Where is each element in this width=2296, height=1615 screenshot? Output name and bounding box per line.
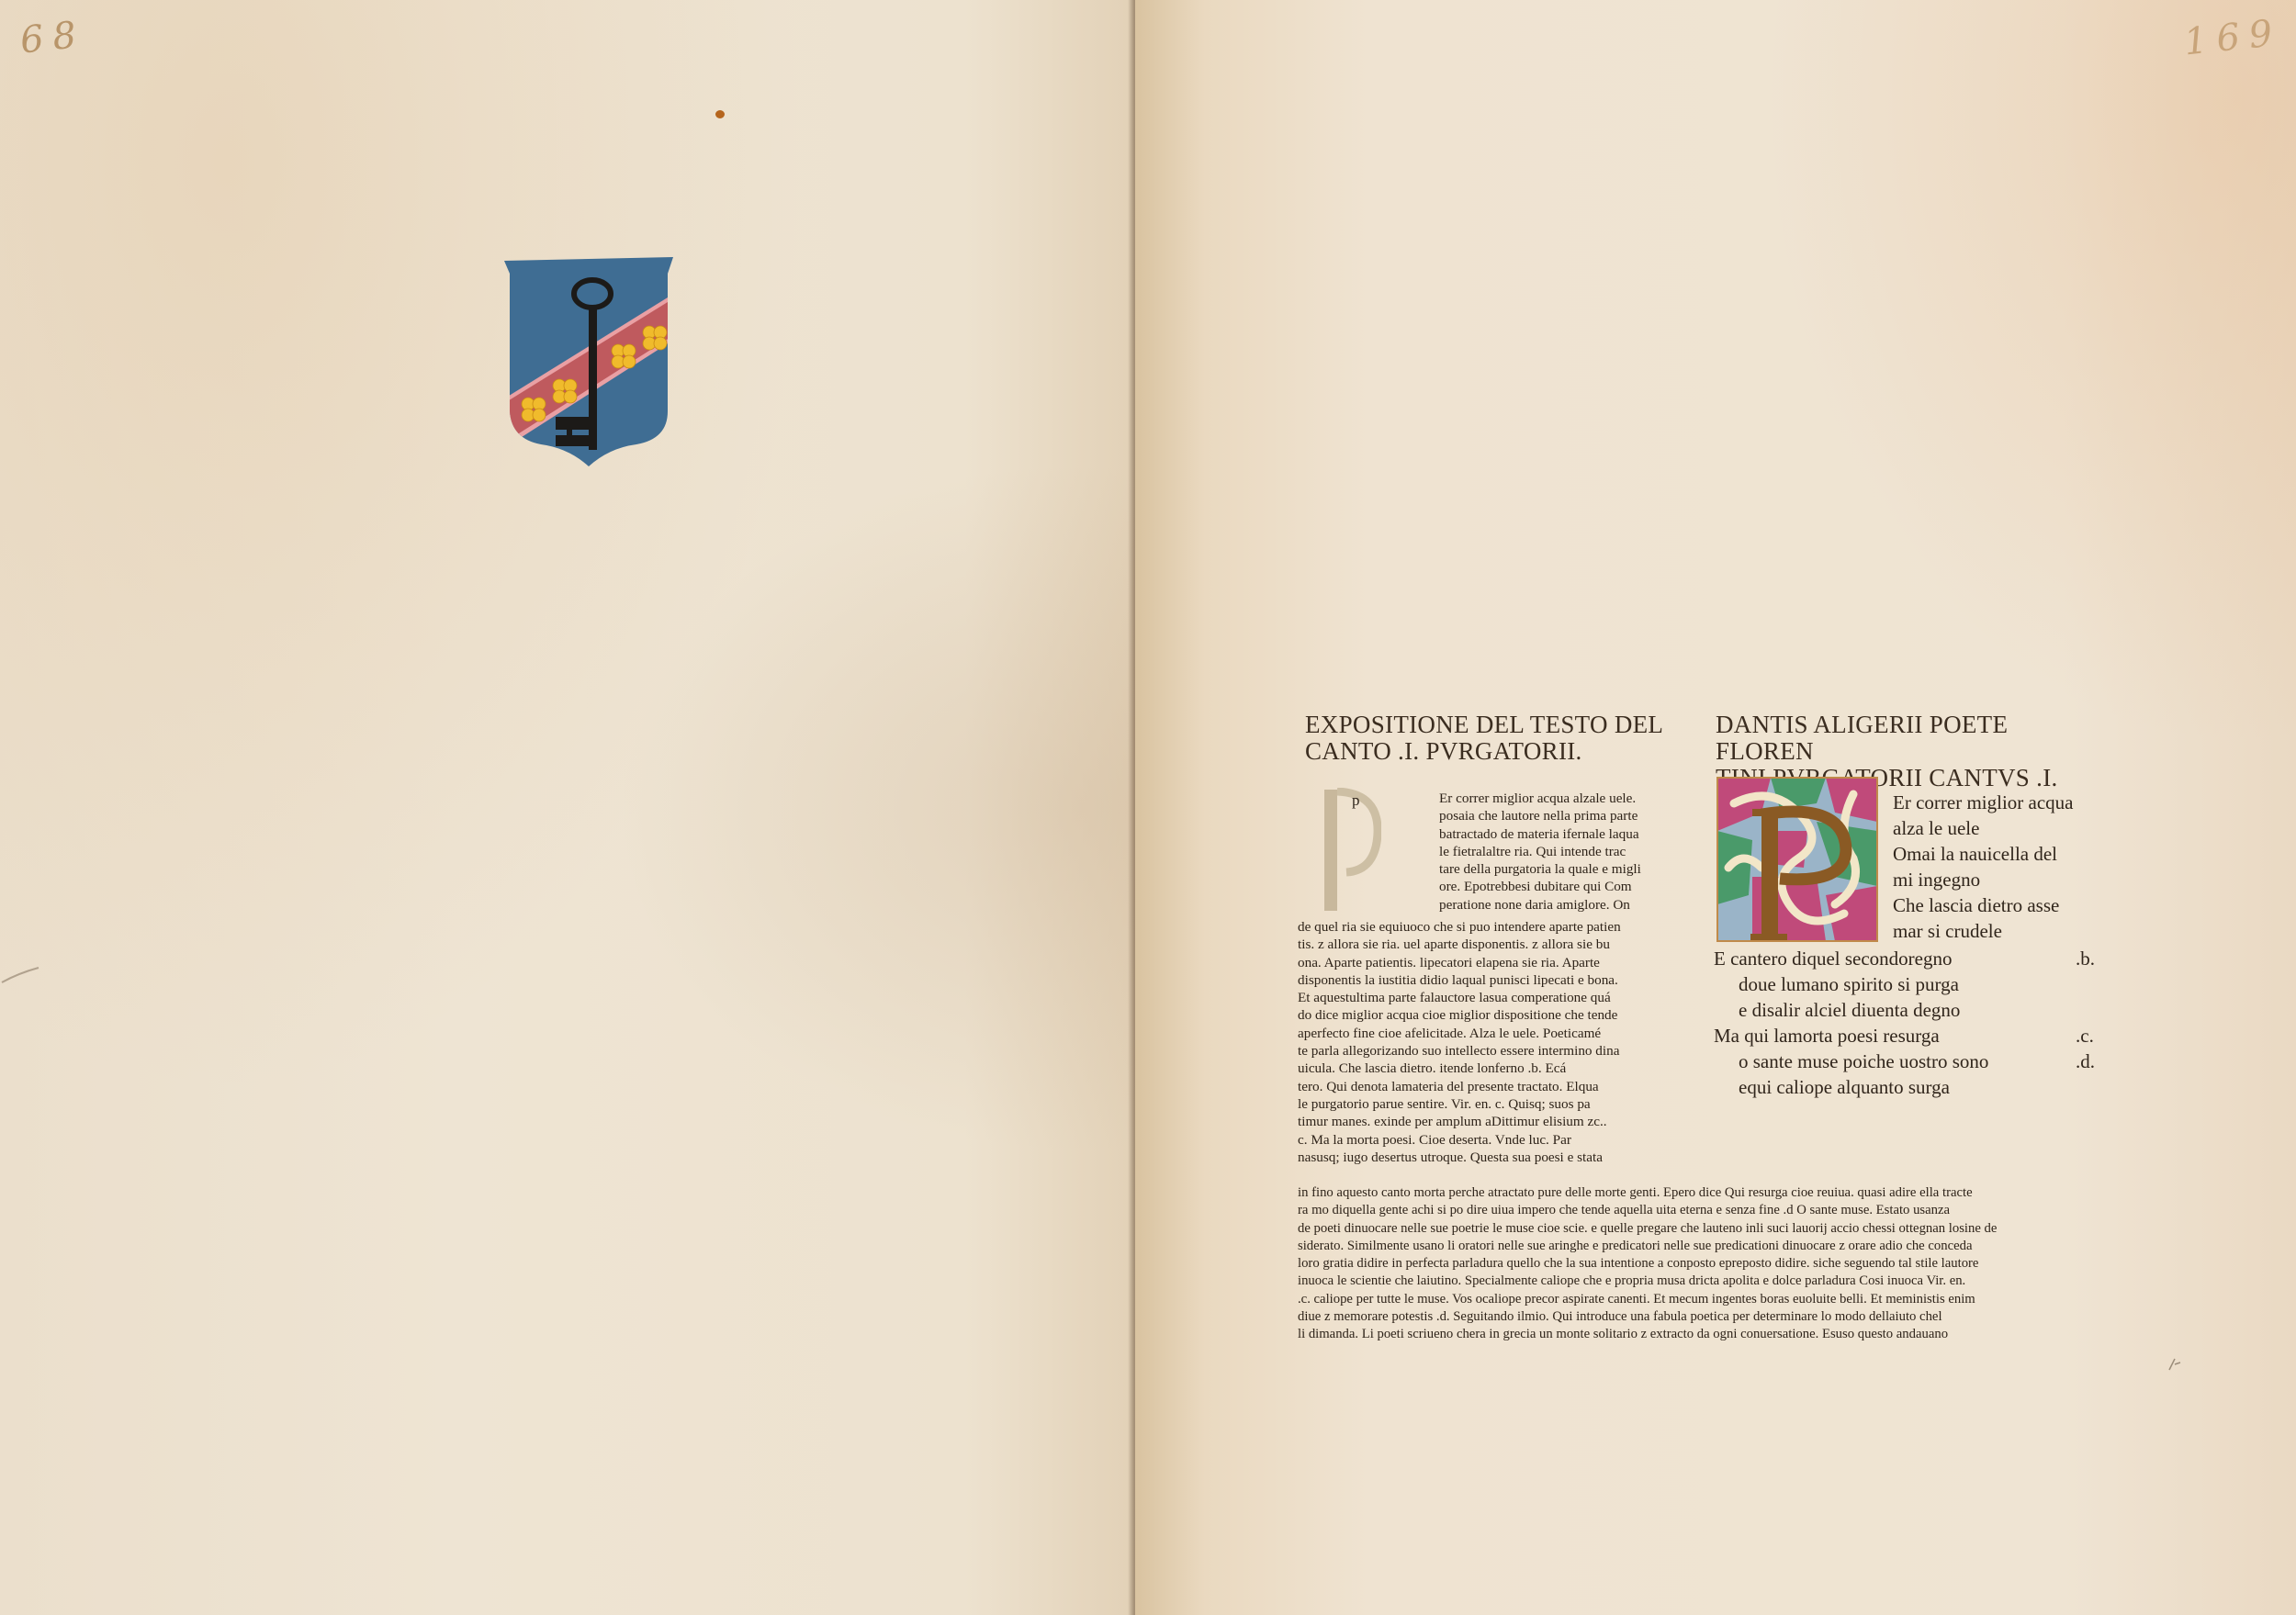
gloss-marker: .c.	[2076, 1023, 2094, 1049]
verse-text: e disalir alciel diuenta degno	[1714, 999, 1960, 1021]
commentary-indented-block: Er correr miglior acqua alzale uele. pos…	[1439, 790, 1641, 914]
text-line: inuoca le scientie che laiutino. Special…	[1298, 1273, 1997, 1290]
text-line: do dice miglior acqua cioe miglior dispo…	[1298, 1006, 1621, 1024]
poem-line: alza le uele	[1893, 815, 2074, 841]
poem-line: E cantero diquel secondoregno .b.	[1714, 946, 2099, 971]
text-line: le purgatorio parue sentire. Vir. en. c.…	[1298, 1095, 1621, 1113]
text-line: te parla allegorizando suo intellecto es…	[1298, 1042, 1621, 1060]
text-line: Er correr miglior acqua alzale uele.	[1439, 790, 1641, 807]
commentary-column-block: de quel ria sie equiuoco che si puo inte…	[1298, 918, 1621, 1166]
poem-stanzas: E cantero diquel secondoregno .b. doue l…	[1714, 946, 2099, 1100]
text-line: ore. Epotrebbesi dubitare qui Com	[1439, 878, 1641, 895]
text-line: batractado de materia ifernale laqua	[1439, 825, 1641, 843]
text-line: tero. Qui denota lamateria del presente …	[1298, 1078, 1621, 1095]
poem-line: equi caliope alquanto surga	[1714, 1074, 2099, 1100]
text-line: nasusq; iugo desertus utroque. Questa su…	[1298, 1149, 1621, 1166]
text-line: tis. z allora sie ria. uel aparte dispon…	[1298, 936, 1621, 953]
text-line: posaia che lautore nella prima parte	[1439, 807, 1641, 824]
verse-text: equi caliope alquanto surga	[1714, 1076, 1950, 1098]
text-line: diue z memorare potestis .d. Seguitando …	[1298, 1308, 1997, 1326]
text-line: disponentis la iustitia didio laqual pun…	[1298, 971, 1621, 989]
poem-line: Omai la nauicella del	[1893, 841, 2074, 867]
text-line: ra mo diquella gente achi si po dire uiu…	[1298, 1202, 1997, 1219]
illuminated-initial-p-icon	[1716, 776, 1879, 943]
book-spread: 68	[0, 0, 2296, 1615]
poem-line: mi ingegno	[1893, 867, 2074, 892]
ink-stain	[715, 110, 725, 118]
drop-cap-p-icon	[1319, 788, 1381, 912]
text-line: de poeti dinuocare nelle sue poetrie le …	[1298, 1220, 1997, 1238]
folio-number-left: 68	[18, 13, 87, 62]
poem-line: Er correr miglior acqua	[1893, 790, 2074, 815]
gloss-marker: .b.	[2076, 946, 2095, 971]
text-line: tare della purgatoria la quale e migli	[1439, 860, 1641, 878]
poem-stanza-opening: Er correr miglior acqua alza le uele Oma…	[1893, 790, 2074, 944]
text-line: loro gratia didire in perfecta parladura…	[1298, 1255, 1997, 1273]
margin-mark	[2166, 1355, 2184, 1374]
text-line: timur manes. exinde per amplum aDittimur…	[1298, 1113, 1621, 1130]
coat-of-arms-shield-icon	[499, 255, 679, 468]
left-page: 68	[0, 0, 1135, 1615]
verse-text: Ma qui lamorta poesi resurga	[1714, 1025, 1940, 1047]
text-line: aperfecto fine cioe afelicitade. Alza le…	[1298, 1025, 1621, 1042]
poem-line: e disalir alciel diuenta degno	[1714, 997, 2099, 1023]
poem-line: mar si crudele	[1893, 918, 2074, 944]
gloss-marker: .d.	[2076, 1049, 2095, 1074]
poem-line: Ma qui lamorta poesi resurga .c.	[1714, 1023, 2099, 1049]
text-line: uicula. Che lascia dietro. itende lonfer…	[1298, 1060, 1621, 1077]
text-line: siderato. Similmente usano li oratori ne…	[1298, 1238, 1997, 1255]
text-line: li dimanda. Li poeti scriueno chera in g…	[1298, 1326, 1997, 1343]
verse-text: o sante muse poiche uostro sono	[1714, 1050, 1988, 1072]
verse-text: E cantero diquel secondoregno	[1714, 948, 1953, 970]
guide-letter: p	[1352, 791, 1360, 810]
commentary-wide-block: in fino aquesto canto morta perche atrac…	[1298, 1184, 1997, 1344]
text-line: in fino aquesto canto morta perche atrac…	[1298, 1184, 1997, 1202]
text-line: .c. caliope per tutte le muse. Vos ocali…	[1298, 1291, 1997, 1308]
text-line: Et aquestultima parte falauctore lasua c…	[1298, 989, 1621, 1006]
text-line: de quel ria sie equiuoco che si puo inte…	[1298, 918, 1621, 936]
text-line: c. Ma la morta poesi. Cioe deserta. Vnde…	[1298, 1131, 1621, 1149]
poem-line: o sante muse poiche uostro sono .d.	[1714, 1049, 2099, 1074]
verse-text: doue lumano spirito si purga	[1714, 973, 1959, 995]
commentary-heading-line: EXPOSITIONE DEL TESTO DEL	[1305, 712, 1672, 738]
poem-heading-line: DANTIS ALIGERII POETE FLOREN	[1716, 712, 2110, 765]
folio-number-right: 169	[2182, 12, 2284, 64]
commentary-heading-line: CANTO .I. PVRGATORII.	[1305, 738, 1672, 765]
text-line: peratione none daria amiglore. On	[1439, 896, 1641, 914]
commentary-heading: EXPOSITIONE DEL TESTO DEL CANTO .I. PVRG…	[1305, 712, 1672, 765]
poem-line: Che lascia dietro asse	[1893, 892, 2074, 918]
margin-smudge	[0, 955, 55, 1001]
text-line: le fietralaltre ria. Qui intende trac	[1439, 843, 1641, 860]
text-line: ona. Aparte patientis. lipecatori elapen…	[1298, 954, 1621, 971]
poem-line: doue lumano spirito si purga	[1714, 971, 2099, 997]
